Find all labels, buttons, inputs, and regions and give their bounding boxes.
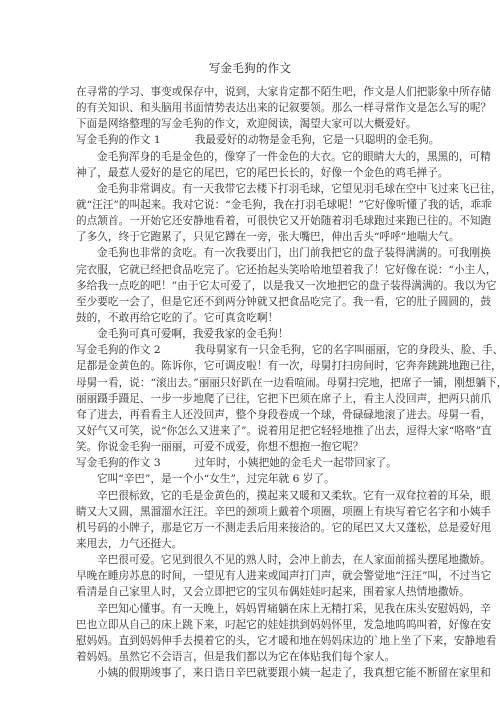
section-heading-line: 写金毛狗的作文 3过年时，小姨把她的金毛犬一起带回家了。 bbox=[76, 455, 430, 471]
document-body: 在寻常的学习、事变或保存中，说到，大家肯定都不陌生吧，作文是人们把影象中所存储的… bbox=[76, 84, 430, 681]
paragraph-line: 神了，最惹人爱好的是它的尾巴，它的尾巴长长的，好像一个金色的鸡毛掸子。 bbox=[76, 165, 430, 181]
paragraph-line: 小姨的假期竣事了，来日诰日辛巴就要跟小姨一起走了，我真想它能不断留在家里和 bbox=[76, 665, 430, 681]
paragraph-line: 金毛狗非常调皮。有一天我带它去楼下打羽毛球，它望见羽毛球在空中飞过来飞已往， bbox=[76, 181, 430, 197]
paragraph-line: 巴也立即从自己的床上跳下来，叼起它的娃娃拱到妈妈怀里，发急地呜呜叫着，好像在安 bbox=[76, 617, 430, 633]
paragraph-line: 它叫“辛巴”，是一个小“女生”，过完年就 6 岁了。 bbox=[76, 471, 430, 487]
line-text: 耷了进去，再看看主人还没回声，整个身段卷成一个球，骨碌碌地滚了进去。母舅一看， bbox=[76, 409, 491, 421]
paragraph-line: 慰妈妈。直到妈妈伸手去摸着它的头，它才暖和地在妈妈床边的`地上坐了下来，安静地看 bbox=[76, 633, 430, 649]
paragraph-line: 耷了进去，再看看主人还没回声，整个身段卷成一个球，骨碌碌地滚了进去。母舅一看， bbox=[76, 407, 430, 423]
line-text: 丽丽蹑手蹑足、一步一步地爬了已往，它把下巴须在席子上，看主人没回声，把两只前爪 bbox=[76, 393, 491, 405]
line-text: 鼓的，不敢再给它吃的了。它可真贪吃啊！ bbox=[76, 312, 278, 324]
paragraph-line: 着妈妈。虽然它不会语言，但是我们都以为它在体贴我们每个家人。 bbox=[76, 649, 430, 665]
paragraph-line: 多给我一点吃的吧！”由于它太可爱了，以是我又一次地把它的盘子装得满满的。我以为它 bbox=[76, 278, 430, 294]
paragraph-line: 来甩去，力气还挺大。 bbox=[76, 536, 430, 552]
paragraph-line: 笑。你说金毛狗一丽丽，可爱不成爱，你想不想抱一抱它呢？ bbox=[76, 439, 430, 455]
paragraph-line: 机号码的小牌子，那是它万一不测走丢后用来接洽的。它的尾巴又大又蓬松，总是爱好甩 bbox=[76, 520, 430, 536]
line-text: 我最爱好的动物是金毛狗，它是一只聪明的金毛狗。 bbox=[195, 134, 440, 146]
line-text: 它叫“辛巴”，是一个小“女生”，过完年就 6 岁了。 bbox=[97, 473, 335, 485]
line-text: 的有关知识、和头脑用书面情势表达出来的记叙要领。那么一样寻常作文是怎么写的呢？ bbox=[76, 102, 491, 114]
line-text: 母舅一看，说：“滚出去。”丽丽只好趴在一边看喧闹。母舅扫完地，把席子一铺，刚想躺… bbox=[76, 377, 500, 389]
paragraph-line: 辛巴很标致，它的毛是金黄色的，摸起来又暖和又柔软。它有一双耷拉着的耳朵，眼 bbox=[76, 488, 430, 504]
line-text: 机号码的小牌子，那是它万一不测走丢后用来接洽的。它的尾巴又大又蓬松，总是爱好甩 bbox=[76, 522, 491, 534]
paragraph-line: 辛巴知心懂事。有一天晚上，妈妈胃痛躺在床上无精打采，见我在床头安慰妈妈，辛 bbox=[76, 601, 430, 617]
line-text: 金毛狗可真可爱啊，我爱我家的金毛狗！ bbox=[97, 328, 289, 340]
paragraph-line: 在寻常的学习、事变或保存中，说到，大家肯定都不陌生吧，作文是人们把影象中所存储 bbox=[76, 84, 430, 100]
section-heading-line: 写金毛狗的作文 1我最爱好的动物是金毛狗，它是一只聪明的金毛狗。 bbox=[76, 132, 430, 148]
line-text: 至少要吃一会了，但是它还不到两分钟就又把食品吃完了。我一看，它的肚子圆圆的，鼓 bbox=[76, 296, 491, 308]
line-text: 着妈妈。虽然它不会语言，但是我们都以为它在体贴我们每个家人。 bbox=[76, 651, 395, 663]
line-text: 慰妈妈。直到妈妈伸手去摸着它的头，它才暖和地在妈妈床边的`地上坐了下来，安静地看 bbox=[76, 635, 496, 647]
line-text: 巴也立即从自己的床上跳下来，叼起它的娃娃拱到妈妈怀里，发急地呜呜叫着，好像在安 bbox=[76, 619, 491, 631]
paragraph-line: 辛巴很可爱。它见到很久不见的熟人时，会冲上前去，在人家面前摇头摆尾地撒娇。 bbox=[76, 552, 430, 568]
line-text: 金毛狗非常调皮。有一天我带它去楼下打羽毛球，它望见羽毛球在空中飞过来飞已往， bbox=[97, 183, 500, 195]
line-text: 在寻常的学习、事变或保存中，说到，大家肯定都不陌生吧，作文是人们把影象中所存储 bbox=[76, 86, 491, 98]
paragraph-line: 了多久，终于它跑累了，只见它蹲在一旁，张大嘴巴，伸出舌头“呼呼”地喘大气。 bbox=[76, 229, 430, 245]
line-text: 辛巴很可爱。它见到很久不见的熟人时，会冲上前去，在人家面前摇头摆尾地撒娇。 bbox=[97, 554, 491, 566]
line-text: 就“汪汪”的叫起来。我对它说：“金毛狗，我在打羽毛球呢！”它好像听懂了我的话，乖… bbox=[76, 199, 492, 211]
line-text: 看清是自己家里人时，又会立即把它的宝贝布偶娃娃叼起来，围着家人热情地撒娇。 bbox=[76, 586, 470, 598]
line-text: 辛巴知心懂事。有一天晚上，妈妈胃痛躺在床上无精打采，见我在床头安慰妈妈，辛 bbox=[97, 603, 491, 615]
paragraph-line: 母舅一看，说：“滚出去。”丽丽只好趴在一边看喧闹。母舅扫完地，把席子一铺，刚想躺… bbox=[76, 375, 430, 391]
line-text: 多给我一点吃的吧！”由于它太可爱了，以是我又一次地把它的盘子装得满满的。我以为它 bbox=[76, 280, 497, 292]
essay-heading: 写金毛狗的作文 2 bbox=[76, 344, 161, 356]
document-page: 写金毛狗的作文 在寻常的学习、事变或保存中，说到，大家肯定都不陌生吧，作文是人们… bbox=[0, 0, 500, 708]
line-text: 神了，最惹人爱好的是它的尾巴，它的尾巴长长的，好像一个金色的鸡毛掸子。 bbox=[76, 167, 449, 179]
paragraph-line: 鼓的，不敢再给它吃的了。它可真贪吃啊！ bbox=[76, 310, 430, 326]
document-title: 写金毛狗的作文 bbox=[0, 60, 500, 76]
line-text: 金毛狗也非常的贪吃。有一次我要出门，出门前我把它的盘子装得满满的。可我刚换 bbox=[97, 247, 491, 259]
paragraph-line: 的点颔首。一开始它还安静地看着，可很快它又开始随着羽毛球跑过来跑已往的。不知跑 bbox=[76, 213, 430, 229]
paragraph-line: 的有关知识、和头脑用书面情势表达出来的记叙要领。那么一样寻常作文是怎么写的呢？ bbox=[76, 100, 430, 116]
line-text: 小姨的假期竣事了，来日诰日辛巴就要跟小姨一起走了，我真想它能不断留在家里和 bbox=[97, 667, 491, 679]
line-text: 的点颔首。一开始它还安静地看着，可很快它又开始随着羽毛球跑过来跑已往的。不知跑 bbox=[76, 215, 491, 227]
paragraph-line: 足都是金黄色的。陈诉你，它可调皮啦！有一次，母舅打扫房间时，它奔奔跳跳地跑已往， bbox=[76, 358, 430, 374]
line-text: 完衣服，它就已经把食品吃完了。它还抬起头笑哈哈地望着我了！它好像在说：“小主人， bbox=[76, 264, 497, 276]
line-text: 睛又大又圆，黑溜溜水汪汪。辛巴的颈项上戴着个项圈，项圈上有块写着它名字和小姨手 bbox=[76, 506, 491, 518]
line-text: 早晚在睡房苏息的时间，一望见有人进来或闻声打门声，就会警觉地“汪汪”叫，不过当它 bbox=[76, 570, 491, 582]
line-text: 过年时，小姨把她的金毛犬一起带回家了。 bbox=[195, 457, 397, 469]
line-text: 下面是网络整理的写金毛狗的作文，欢迎阅读，渴望大家可以大概爱好。 bbox=[76, 118, 417, 130]
line-text: 我母舅家有一只金毛狗，它的名字叫丽丽，它的身段头、脸、手、 bbox=[195, 344, 500, 356]
paragraph-line: 完衣服，它就已经把食品吃完了。它还抬起头笑哈哈地望着我了！它好像在说：“小主人， bbox=[76, 262, 430, 278]
paragraph-line: 就“汪汪”的叫起来。我对它说：“金毛狗，我在打羽毛球呢！”它好像听懂了我的话，乖… bbox=[76, 197, 430, 213]
paragraph-line: 看清是自己家里人时，又会立即把它的宝贝布偶娃娃叼起来，围着家人热情地撒娇。 bbox=[76, 584, 430, 600]
paragraph-line: 金毛狗浑身的毛是金色的，像穿了一件金色的大衣。它的眼睛大大的，黑黑的，可精 bbox=[76, 149, 430, 165]
paragraph-line: 至少要吃一会了，但是它还不到两分钟就又把食品吃完了。我一看，它的肚子圆圆的，鼓 bbox=[76, 294, 430, 310]
essay-heading: 写金毛狗的作文 1 bbox=[76, 134, 161, 146]
line-text: 笑。你说金毛狗一丽丽，可爱不成爱，你想不想抱一抱它呢？ bbox=[76, 441, 363, 453]
line-text: 辛巴很标致，它的毛是金黄色的，摸起来又暖和又柔软。它有一双耷拉着的耳朵，眼 bbox=[97, 490, 491, 502]
paragraph-line: 金毛狗可真可爱啊，我爱我家的金毛狗！ bbox=[76, 326, 430, 342]
line-text: 来甩去，力气还挺大。 bbox=[76, 538, 182, 550]
line-text: 了多久，终于它跑累了，只见它蹲在一旁，张大嘴巴，伸出舌头“呼呼”地喘大气。 bbox=[76, 231, 459, 243]
paragraph-line: 下面是网络整理的写金毛狗的作文，欢迎阅读，渴望大家可以大概爱好。 bbox=[76, 116, 430, 132]
paragraph-line: 金毛狗也非常的贪吃。有一次我要出门，出门前我把它的盘子装得满满的。可我刚换 bbox=[76, 245, 430, 261]
paragraph-line: 睛又大又圆，黑溜溜水汪汪。辛巴的颈项上戴着个项圈，项圈上有块写着它名字和小姨手 bbox=[76, 504, 430, 520]
line-text: 又好气又可笑，说“你怎么又进来了”。说着用足把它轻轻地推了出去，逗得大家“咯咯”… bbox=[76, 425, 492, 437]
line-text: 足都是金黄色的。陈诉你，它可调皮啦！有一次，母舅打扫房间时，它奔奔跳跳地跑已往， bbox=[76, 360, 500, 372]
essay-heading: 写金毛狗的作文 3 bbox=[76, 457, 161, 469]
line-text: 金毛狗浑身的毛是金色的，像穿了一件金色的大衣。它的眼睛大大的，黑黑的，可精 bbox=[97, 151, 491, 163]
paragraph-line: 丽丽蹑手蹑足、一步一步地爬了已往，它把下巴须在席子上，看主人没回声，把两只前爪 bbox=[76, 391, 430, 407]
paragraph-line: 早晚在睡房苏息的时间，一望见有人进来或闻声打门声，就会警觉地“汪汪”叫，不过当它 bbox=[76, 568, 430, 584]
section-heading-line: 写金毛狗的作文 2我母舅家有一只金毛狗，它的名字叫丽丽，它的身段头、脸、手、 bbox=[76, 342, 430, 358]
paragraph-line: 又好气又可笑，说“你怎么又进来了”。说着用足把它轻轻地推了出去，逗得大家“咯咯”… bbox=[76, 423, 430, 439]
